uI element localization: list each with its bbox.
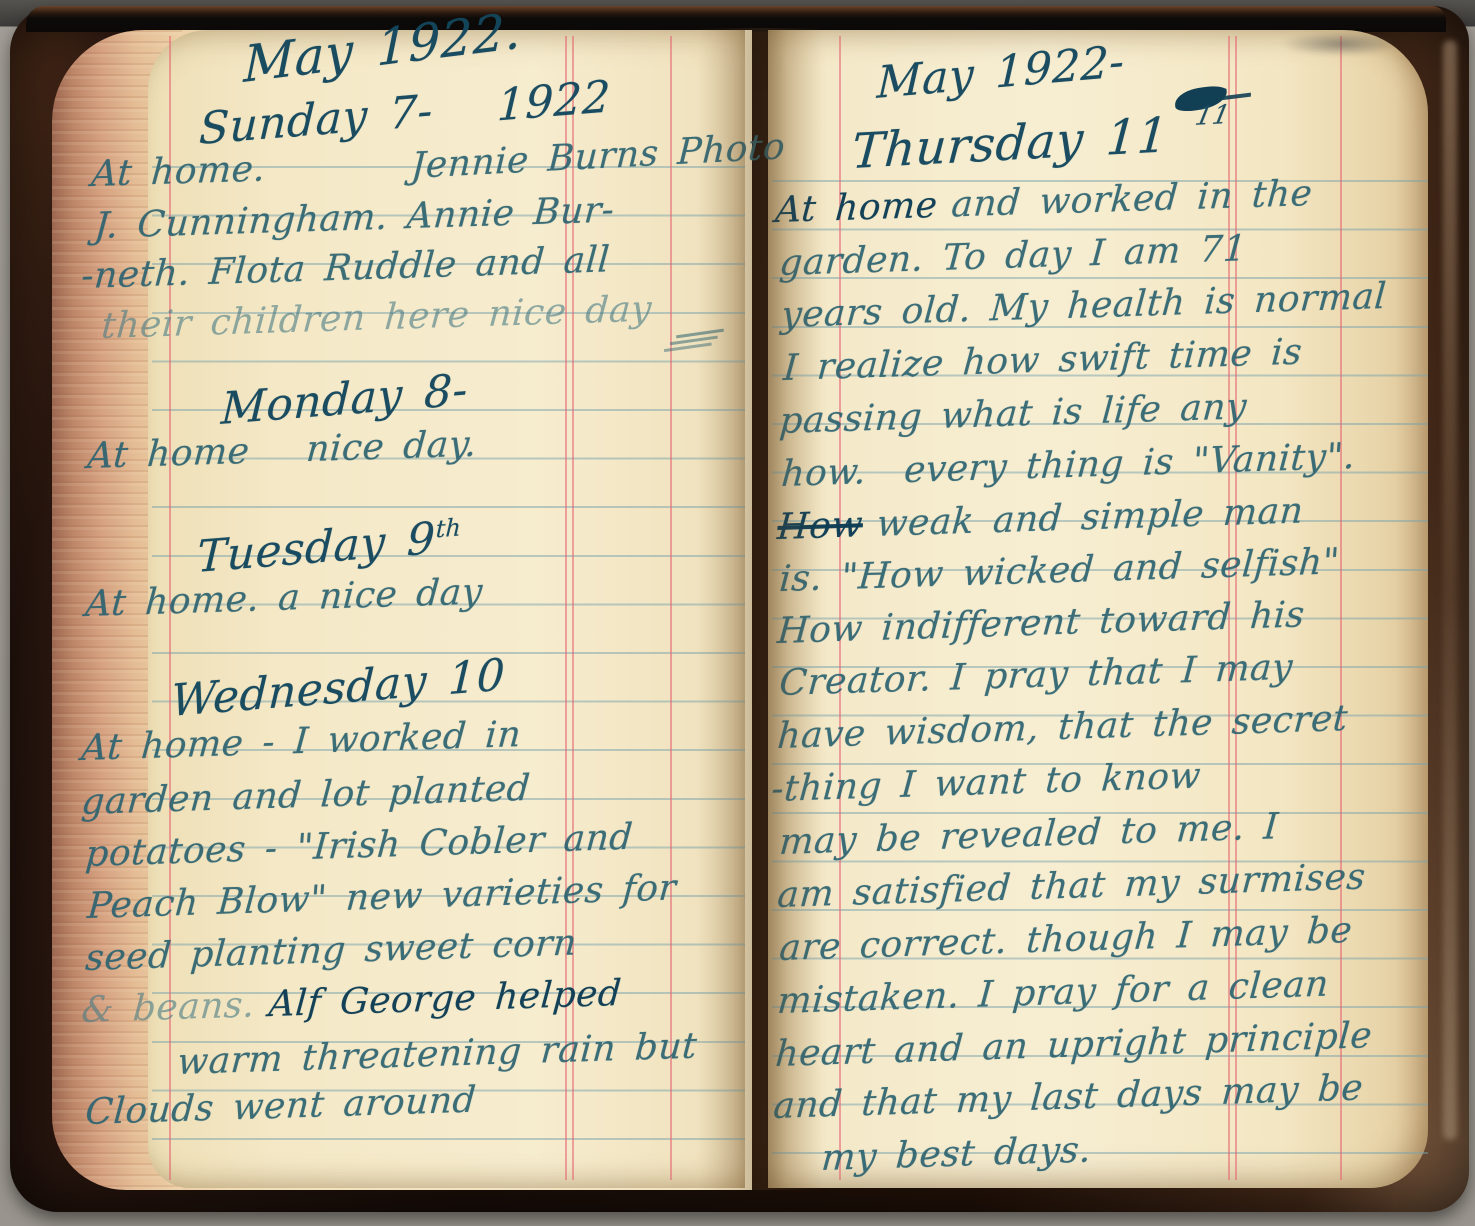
diary-text-emphasis: At home [774, 185, 939, 231]
diary-text: weak and simple man [875, 490, 1305, 545]
page-title: May 1922- [876, 36, 1125, 109]
diary-line: may be revealed to me. I [778, 806, 1280, 863]
diary-line: heart and an upright principle [774, 1015, 1374, 1075]
diary-line: -thing I want to know [770, 755, 1202, 810]
diary-line: garden. To day I am 71 [778, 228, 1248, 284]
diary-text: & beans. [80, 984, 256, 1031]
diary-text-emphasis: Alf George helped [267, 973, 623, 1025]
diary-line: J. Cunningham. Annie Bur- [93, 190, 616, 247]
diary-text: and worked in the [950, 173, 1314, 225]
entry-heading-tuesday: Tuesday 9th [196, 511, 462, 583]
diary-line: am satisfied that my surmises [776, 856, 1367, 916]
cover-highlight [1443, 40, 1457, 1140]
diary-text: Thursday 11 [850, 107, 1170, 180]
diary-line: Peach Blow" new varieties for [86, 867, 678, 927]
diary-line: how. every thing is "Vanity". [780, 436, 1357, 495]
diary-line: Creator. I pray that I may [778, 647, 1294, 704]
diary-line: & beans.Alf George helped [80, 973, 623, 1031]
struck-word: How [776, 504, 864, 548]
diary-line: Jennie Burns Photo [410, 126, 786, 187]
diary-line: years old. My health is normal [780, 276, 1388, 336]
ink-blot: 11 [1167, 93, 1255, 152]
notebook-cover-top-edge [26, 6, 1446, 32]
diary-line: potatoes - "Irish Cobler and [84, 817, 634, 875]
diary-line: At homeand worked in the [774, 173, 1314, 231]
diary-line: are correct. though I may be [778, 910, 1354, 969]
diary-line: mistaken. I pray for a clean [776, 964, 1330, 1022]
diary-line: At home. [90, 148, 267, 195]
diary-line: How indifferent toward his [776, 594, 1306, 652]
corrected-number: 11 [1192, 100, 1232, 132]
ordinal-suffix: th [435, 513, 461, 543]
diary-line: garden and lot planted [80, 768, 532, 823]
diary-text: Tuesday 9 [196, 513, 437, 583]
diary-line: Howweak and simple man [776, 490, 1305, 548]
diary-line: is. "How wicked and selfish" [778, 541, 1341, 600]
diary-line: passing what is life any [778, 386, 1248, 442]
diary-line: my best days. [820, 1129, 1093, 1179]
right-page-handwriting: May 1922- Thursday 1111 At homeand worke… [768, 30, 1428, 1188]
diary-line: -neth. Flota Ruddle and all [80, 239, 611, 297]
diary-line: seed planting sweet corn [84, 922, 578, 979]
diary-line: and that my last days may be [772, 1067, 1365, 1127]
right-page: May 1922- Thursday 1111 At homeand worke… [768, 30, 1428, 1188]
smudge-mark [1282, 32, 1400, 56]
left-page: May 1922. Sunday 7- 1922 At home. Jennie… [148, 30, 745, 1188]
diary-line: their children here nice day [100, 289, 653, 347]
diary-line: I realize how swift time is [782, 332, 1304, 389]
diary-scan: May 1922. Sunday 7- 1922 At home. Jennie… [0, 0, 1475, 1226]
left-page-handwriting: May 1922. Sunday 7- 1922 At home. Jennie… [148, 30, 745, 1188]
flourish-mark [676, 329, 724, 339]
diary-line: have wisdom, that the secret [776, 698, 1349, 757]
diary-line: warm threatening rain but [176, 1026, 699, 1083]
